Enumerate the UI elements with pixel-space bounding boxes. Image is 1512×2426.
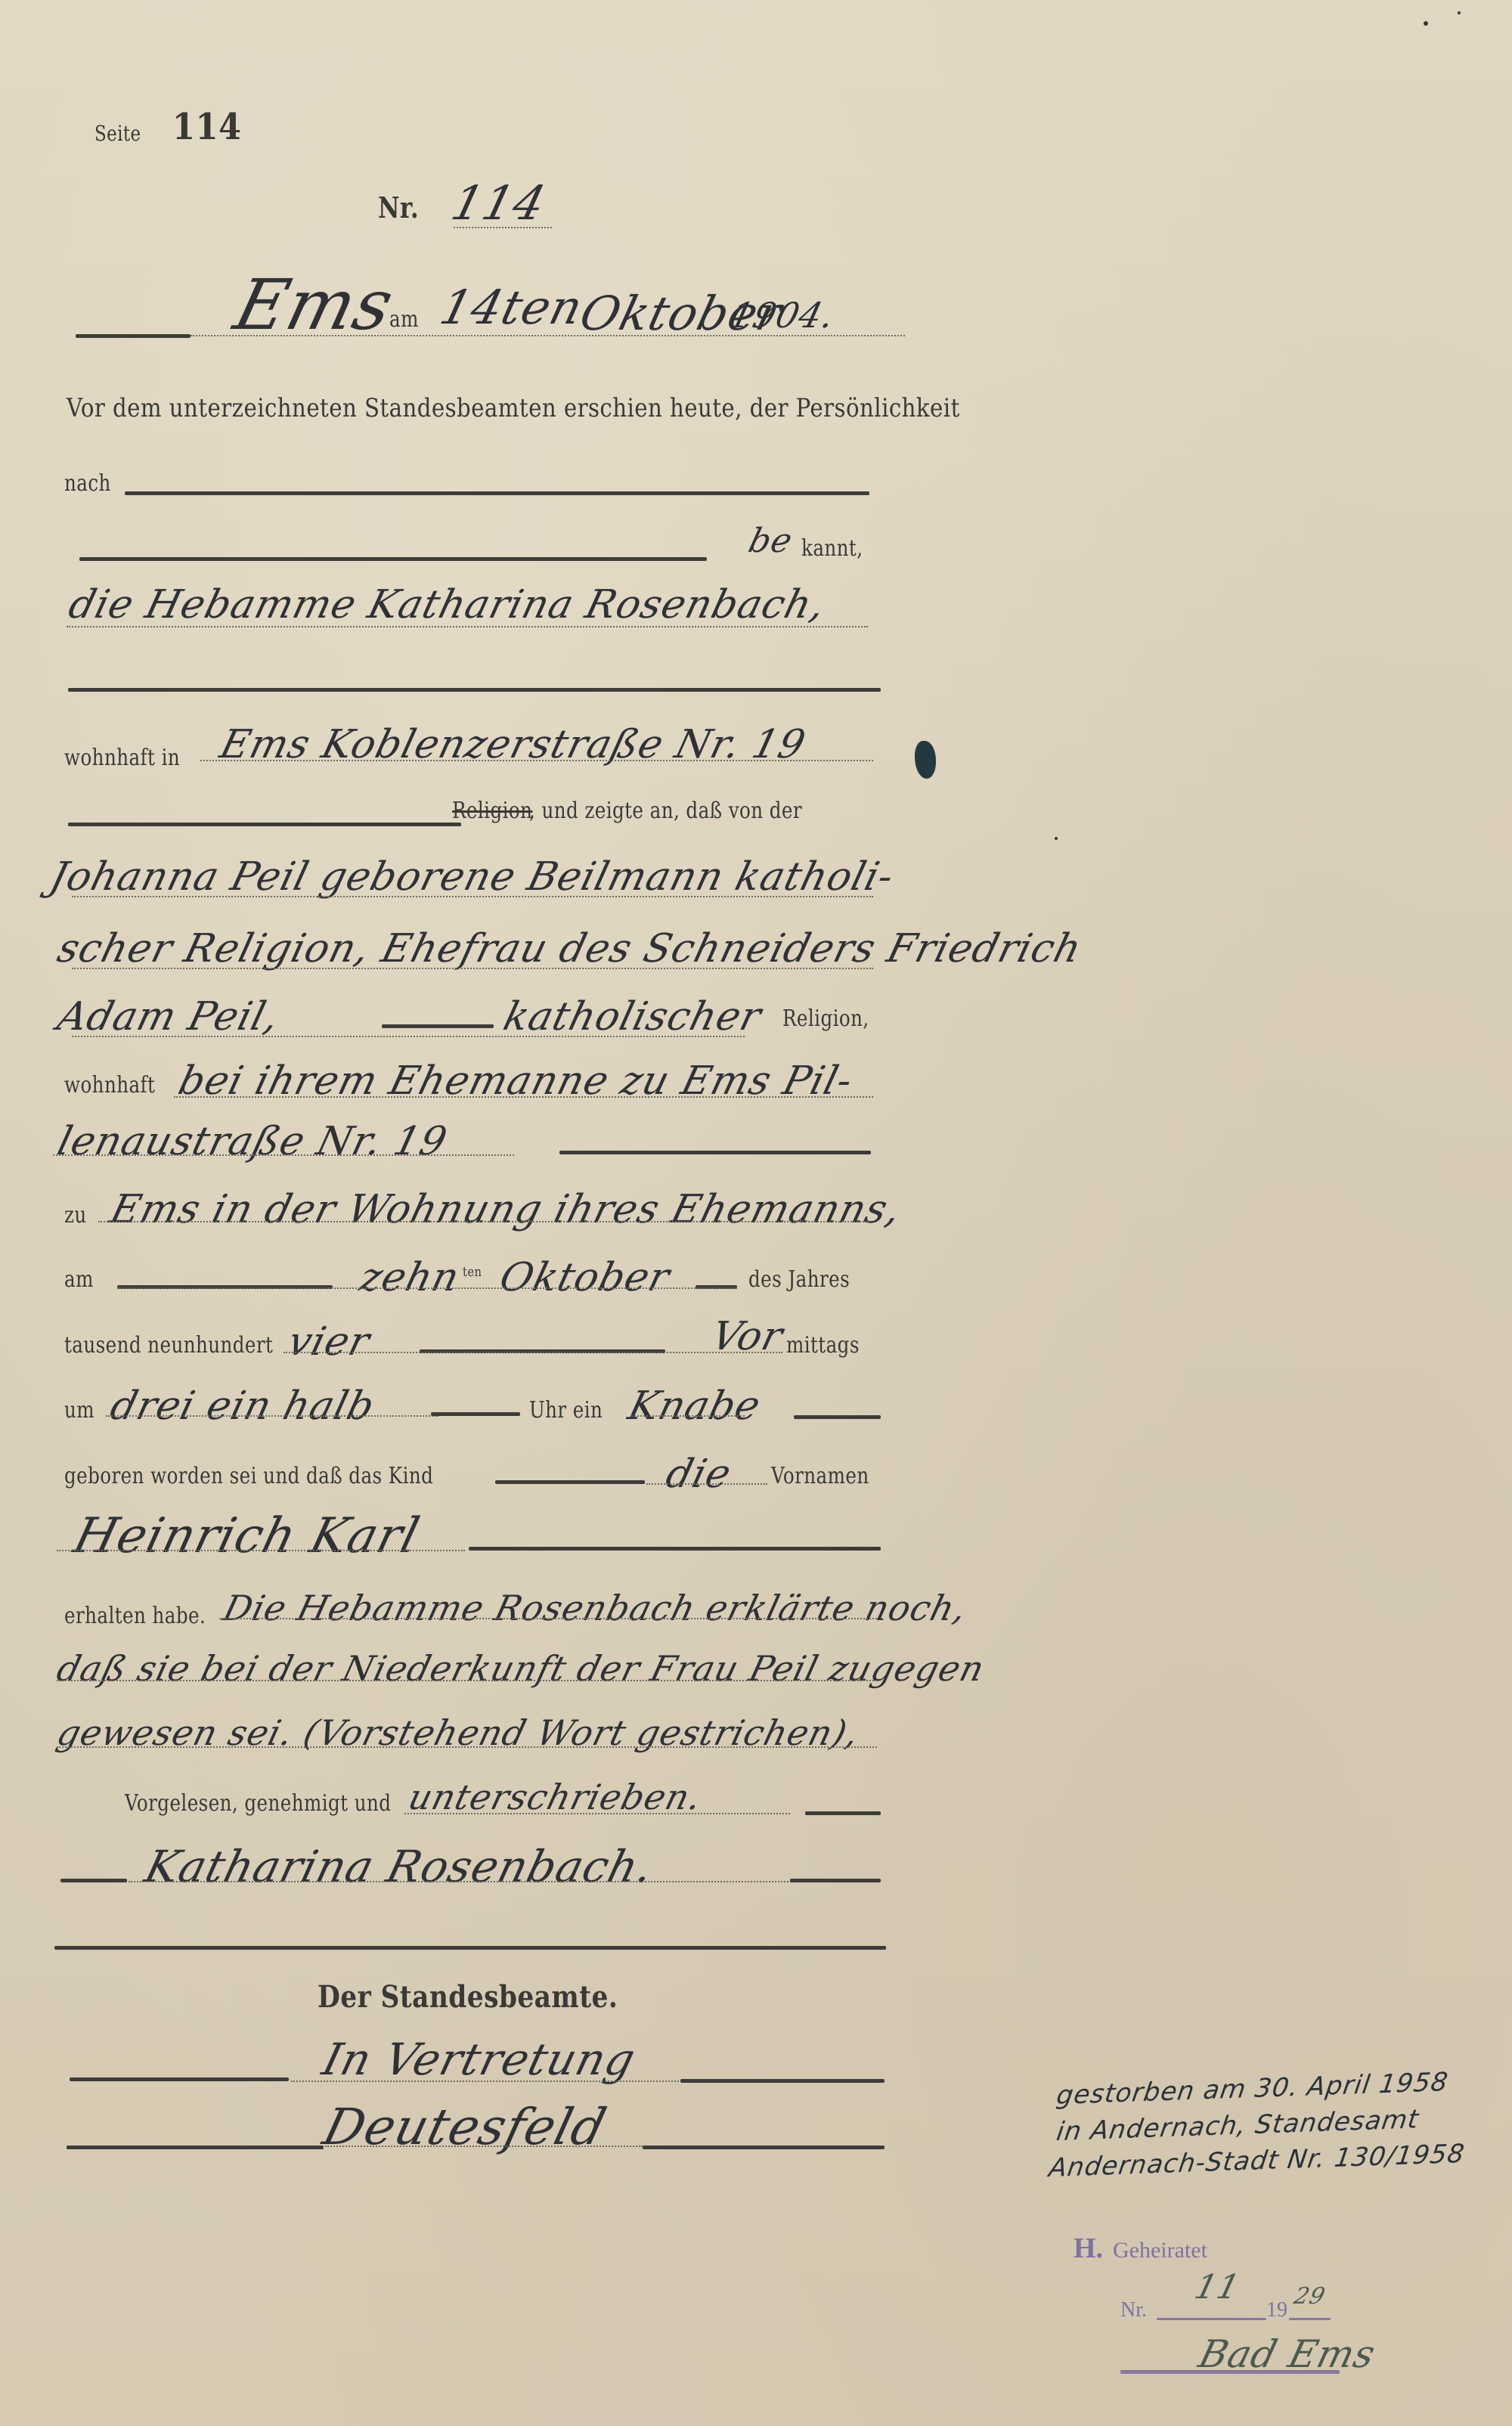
death-note-line-1: gestorben am 30. April 1958 — [1055, 2067, 1450, 2111]
remark-line-2: daß sie bei der Niederkunft der Frau Pei… — [53, 1648, 989, 1689]
child-names-dotted — [57, 1550, 465, 1551]
paper-speck — [1458, 11, 1461, 14]
kannt-label: kannt, — [801, 535, 863, 562]
stamp-letter: H. — [1074, 2232, 1103, 2265]
intro-text: Vor dem unterzeichneten Standesbeamten e… — [67, 393, 960, 423]
remark-line-1: Die Hebamme Rosenbach erklärte noch, — [219, 1588, 971, 1628]
informant-signature: Katharina Rosenbach. — [140, 1841, 659, 1892]
informant-rule — [68, 688, 881, 692]
nach-rule — [125, 491, 869, 495]
signature-dotted — [129, 1881, 794, 1882]
mittags-label: mittags — [786, 1332, 860, 1359]
birth-place-dotted — [98, 1221, 869, 1222]
registrar-signature: Deutesfeld — [318, 2098, 612, 2156]
signature-rule-left — [60, 1879, 127, 1882]
birth-month: Oktober — [495, 1255, 674, 1300]
religion-handwritten: katholischer — [499, 994, 766, 1039]
entry-number: 114 — [446, 175, 552, 231]
die-handwritten: die — [661, 1452, 736, 1497]
des-jahres-label: des Jahres — [748, 1266, 850, 1293]
vorgelesen-rule — [805, 1811, 881, 1815]
informant-name: die Hebamme Katharina Rosenbach, — [64, 582, 830, 627]
uhr-ein-label: Uhr ein — [529, 1397, 603, 1424]
stamp-year-line — [1289, 2318, 1331, 2320]
signature-rule-right — [790, 1879, 881, 1882]
year-value: 1904. — [726, 295, 839, 336]
registrar-rule-1-right — [680, 2079, 885, 2083]
nr-dotted-line — [454, 227, 552, 228]
stamp-year-prefix: 19 — [1266, 2298, 1287, 2322]
section-divider — [54, 1946, 886, 1950]
time-dotted — [106, 1415, 438, 1417]
mother-line-2: scher Religion, Ehefrau des Schneiders F… — [53, 926, 1086, 971]
paper-speck — [1424, 21, 1428, 26]
sex-rule — [794, 1415, 881, 1419]
wohnhaft-label-2: wohnhaft — [64, 1072, 155, 1098]
mother-line-1: Johanna Peil geborene Beilmann katholi- — [45, 854, 899, 900]
address-dotted-line — [200, 760, 873, 761]
birth-time: drei ein halb — [106, 1383, 380, 1429]
mother-rule — [382, 1024, 494, 1028]
erhalten-label: erhalten habe. — [64, 1603, 206, 1629]
mother-address-dotted-2 — [53, 1154, 514, 1156]
birth-year-word: vier — [283, 1319, 375, 1365]
registrar-rule-1-left — [70, 2077, 289, 2081]
nr-label: Nr. — [378, 191, 419, 225]
day-value: 14ten — [435, 280, 589, 335]
mother-line-3: Adam Peil, — [53, 994, 284, 1039]
registrar-rule-2-right — [643, 2146, 885, 2149]
wohnhaft-label: wohnhaft in — [64, 745, 180, 771]
place-name: Ems — [227, 265, 401, 345]
zeigte-an-text: , und zeigte an, daß von der — [529, 798, 802, 824]
child-names: Heinrich Karl — [68, 1508, 425, 1564]
unterschrieben-text: unterschrieben. — [404, 1777, 706, 1817]
religion-label: Religion, — [782, 1005, 869, 1032]
mother-address-line-2: lenaustraße Nr. 19 — [53, 1119, 452, 1164]
kannt-handwritten: be — [745, 522, 797, 560]
informant-dotted-line — [67, 626, 868, 627]
mother-dotted-line-3 — [72, 1036, 745, 1037]
um-label: um — [64, 1397, 94, 1424]
ink-blot — [915, 741, 936, 779]
stamp-place-line — [1120, 2370, 1340, 2374]
time-rule — [431, 1412, 520, 1416]
birth-day: zehn — [355, 1255, 464, 1300]
remark-dotted-1 — [219, 1618, 877, 1619]
birth-date-dotted — [117, 1287, 737, 1289]
remark-dotted-3 — [57, 1746, 877, 1748]
mother-dotted-line-1 — [72, 896, 873, 897]
die-dotted — [646, 1483, 767, 1485]
kind-rule — [495, 1480, 645, 1484]
in-vertretung: In Vertretung — [318, 2034, 641, 2085]
seite-label: Seite — [94, 121, 141, 146]
year-dotted — [283, 1352, 782, 1353]
am-label: am — [389, 306, 419, 333]
stamp-nr-label: Nr. — [1120, 2298, 1147, 2322]
seite-number: 114 — [172, 106, 242, 148]
registrar-dotted-2 — [325, 2146, 643, 2147]
mother-address-rule — [559, 1151, 871, 1154]
mother-dotted-line-2 — [72, 968, 873, 969]
registrar-rule-2-left — [67, 2146, 324, 2149]
sex-dotted — [631, 1415, 745, 1417]
vornamen-label: Vornamen — [771, 1463, 869, 1489]
am-label-2: am — [64, 1266, 94, 1293]
death-note-line-2: in Andernach, Standesamt — [1055, 2104, 1421, 2147]
registrar-dotted-1 — [291, 2081, 684, 2082]
register-page: Seite 114 Nr. 114 Ems am 14ten Oktober 1… — [0, 0, 1512, 2426]
mother-address-dotted-1 — [174, 1096, 873, 1098]
kannt-rule — [79, 557, 707, 561]
geboren-label: geboren worden sei und daß das Kind — [64, 1463, 433, 1489]
sex-value: Knabe — [624, 1383, 765, 1429]
stamp-label: Geheiratet — [1113, 2238, 1207, 2263]
nach-label: nach — [64, 470, 111, 497]
stamp-nr-line — [1157, 2318, 1266, 2320]
standesbeamte-label: Der Standesbeamte. — [318, 1979, 618, 2015]
header-rule-left — [76, 334, 191, 338]
zu-label: zu — [64, 1202, 87, 1228]
tausend-label: tausend neunhundert — [64, 1332, 273, 1359]
birth-place: Ems in der Wohnung ihres Ehemanns, — [106, 1187, 906, 1232]
religion-struck-label: Religion — [452, 798, 532, 824]
marriage-number: 11 — [1191, 2268, 1244, 2307]
marriage-year: 29 — [1291, 2283, 1328, 2310]
remark-dotted-2 — [57, 1680, 877, 1681]
religion-rule — [68, 823, 461, 826]
paper-speck — [1055, 837, 1058, 840]
child-names-rule — [469, 1547, 881, 1551]
vorgelesen-label: Vorgelesen, genehmigt und — [125, 1790, 391, 1817]
death-note-line-3: Andernach-Stadt Nr. 130/1958 — [1047, 2139, 1467, 2183]
ten-label: ten — [463, 1264, 482, 1280]
vorgelesen-dotted — [404, 1813, 790, 1814]
